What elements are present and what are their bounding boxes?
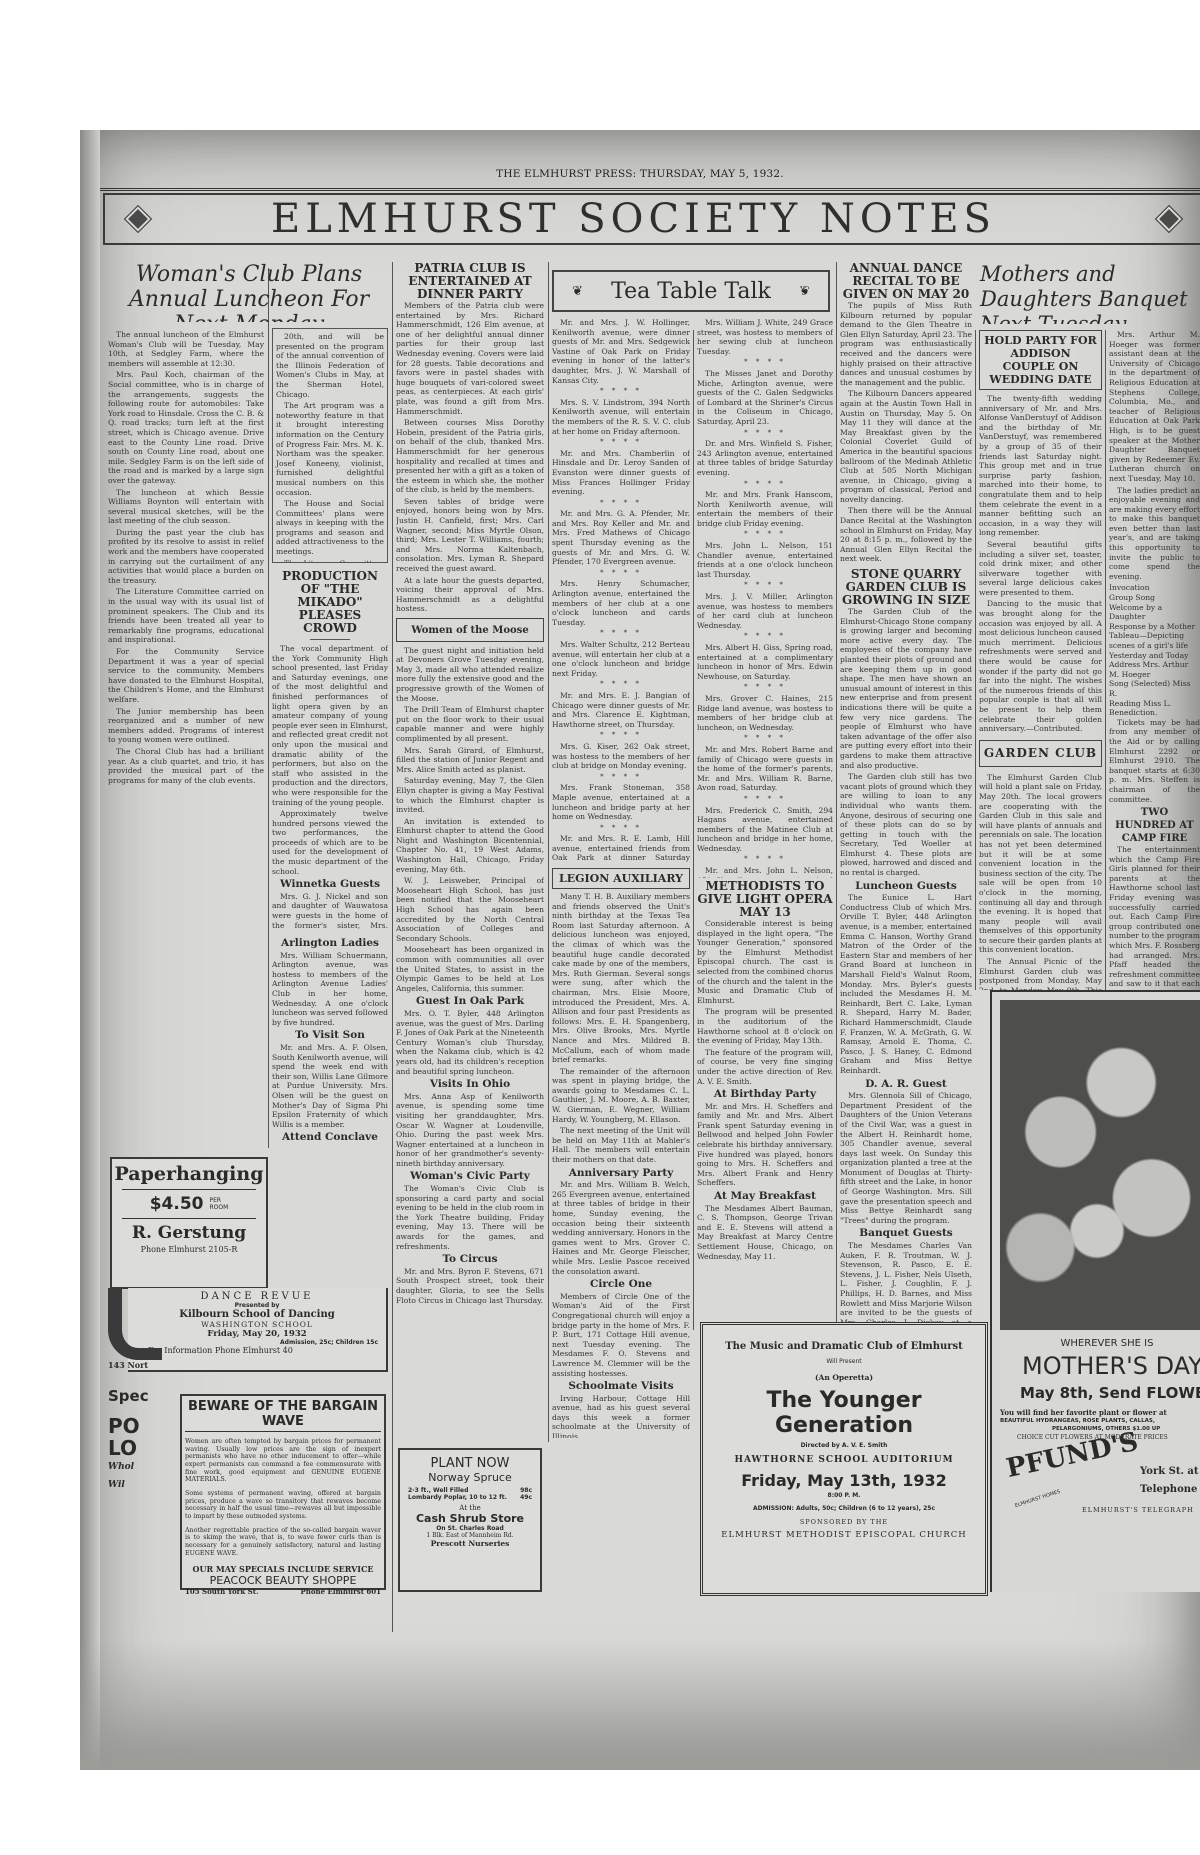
paragraph: Then there will be the Annual Dance Reci… <box>840 506 972 564</box>
dance-ornament-icon <box>108 1288 162 1360</box>
paragraph: Women are often tempted by bargain price… <box>185 1438 381 1484</box>
mikado-article: PRODUCTION OF "THE MIKADO" PLEASES CROWD… <box>272 570 388 930</box>
paragraph: The Annual Picnic of the Elmhurst Garden… <box>979 957 1102 990</box>
ad-text: At the <box>400 1504 540 1512</box>
ad-item-label: 2-3 ft., Well Filled <box>408 1487 468 1494</box>
tea-table-talk-title: Tea Table Talk <box>611 279 771 304</box>
section-title: Anniversary Party <box>552 1169 690 1179</box>
paragraph: The Junior membership has been reorganiz… <box>108 707 264 745</box>
separator-stars: * * * * <box>697 683 833 693</box>
paragraph: Members of the Patria club were entertai… <box>396 301 544 416</box>
program-item: Invocation <box>1109 583 1200 593</box>
paragraph: Mrs. Grover C. Haines, 215 Ridge land av… <box>697 694 833 732</box>
column-rule <box>392 262 393 1632</box>
section-title: Arlington Ladies <box>272 939 388 949</box>
masthead-title: ELMHURST SOCIETY NOTES <box>171 196 1136 242</box>
paragraph: Dr. and Mrs. Winfield S. Fisher, 243 Arl… <box>697 439 833 477</box>
ad-item-label: Lombardy Poplar, 10 to 12 ft. <box>408 1494 507 1501</box>
paragraph: Approximately twelve hundred persons vie… <box>272 809 388 876</box>
paragraph: Seven tables of bridge were enjoyed, hon… <box>396 497 544 574</box>
ad-item-price: 49c <box>520 1494 532 1501</box>
ad-date: Friday, May 13th, 1932 <box>703 1471 985 1490</box>
article-body: Many T. H. B. Auxiliary members and frie… <box>552 892 690 1165</box>
ad-fragment: POLO <box>108 1415 140 1459</box>
paragraph: At a late hour the guests departed, voic… <box>396 576 544 614</box>
paragraph: The Elmhurst Garden Club will hold a pla… <box>979 773 1102 955</box>
column-6a: HOLD PARTY FOR ADDISON COUPLE ON WEDDING… <box>979 330 1102 990</box>
tea-table-left: Mr. and Mrs. J. W. Hollinger, Kenilworth… <box>552 318 690 863</box>
ad-text: Will Present <box>703 1358 985 1365</box>
article-body: The twenty-fifth wedding anniversary of … <box>979 394 1102 734</box>
ad-shop-name: PEACOCK BEAUTY SHOPPE <box>185 1574 381 1587</box>
paragraph: The Literary Committee, which had its in… <box>276 559 384 563</box>
column-5: ANNUAL DANCE RECITAL TO BE GIVEN ON MAY … <box>840 262 972 1322</box>
paragraph: Mr. and Mrs. Frank Hanscom, North Kenilw… <box>697 490 833 528</box>
column-rule <box>693 330 694 1330</box>
article-body: The annual luncheon of the Elmhurst Woma… <box>108 330 264 785</box>
page-bottom-shadow <box>80 1640 1200 1770</box>
ad-brand-sub: ELMHURST HOMES <box>1014 1489 1061 1509</box>
article-body: The Mesdames Charles Van Auken, F. R. Tr… <box>840 1241 972 1322</box>
ad-date: Friday, May 20, 1932 <box>128 1329 386 1339</box>
article-body: The Woman's Civic Club is sponsoring a c… <box>396 1184 544 1251</box>
section-title: Guest In Oak Park <box>396 997 544 1007</box>
separator-stars: * * * * <box>697 795 833 805</box>
program-item: Reading Miss L. <box>1109 699 1200 709</box>
paragraph: The guest night and initiation held at D… <box>396 646 544 704</box>
article-body: Mrs. William Schuermann, Arlington avenu… <box>272 951 388 1028</box>
paragraph: The pupils of Miss Ruth Kilbourn returne… <box>840 301 972 387</box>
ad-date-line: May 8th, Send FLOWERS <box>1020 1384 1200 1402</box>
paragraph: The Drill Team of Elmhurst chapter put o… <box>396 705 544 743</box>
column-rule <box>836 262 837 1322</box>
ad-text: PELARGONIUMS, OTHERS $1.00 UP <box>1052 1426 1160 1432</box>
ad-title: BEWARE OF THE BARGAIN WAVE <box>185 1399 381 1432</box>
paragraph: 20th, and will be presented on the progr… <box>276 332 384 399</box>
section-title: At Birthday Party <box>697 1090 833 1100</box>
column-rule <box>1105 330 1106 990</box>
ad-price-list: 2-3 ft., Well Filled98c Lombardy Poplar,… <box>400 1484 540 1501</box>
paragraph: An invitation is extended to Elmhurst ch… <box>396 817 544 875</box>
separator-stars: * * * * <box>552 824 690 834</box>
ad-title: DANCE REVUE <box>128 1291 386 1302</box>
section-title: Circle One <box>552 1280 690 1290</box>
paragraph: The twenty-fifth wedding anniversary of … <box>979 394 1102 538</box>
womans-club-article: The annual luncheon of the Elmhurst Woma… <box>108 330 264 1140</box>
paragraph: W. J. Leisweber, Principal of Mooseheart… <box>396 876 544 943</box>
ad-title: The Younger Generation <box>703 1388 985 1438</box>
separator-stars: * * * * <box>697 530 833 540</box>
paragraph: Several beautiful gifts including a silv… <box>979 540 1102 598</box>
paragraph: The remainder of the afternoon was spent… <box>552 1067 690 1125</box>
separator-stars: * * * * <box>697 358 833 368</box>
dance-revue-ad: DANCE REVUE Presented by Kilbourn School… <box>128 1288 388 1372</box>
ad-phone: Phone Elmhurst 2105-R <box>112 1245 266 1254</box>
quarry-headline: STONE QUARRY GARDEN CLUB IS GROWING IN S… <box>840 568 972 607</box>
dateline: THE ELMHURST PRESS: THURSDAY, MAY 5, 193… <box>0 168 1200 180</box>
paragraph: Mrs. William J. White, 249 Grace street,… <box>697 318 833 356</box>
ad-school: Kilbourn School of Dancing <box>128 1309 386 1320</box>
article-body: Mr. and Mrs. Byron F. Stevens, 671 South… <box>396 1267 544 1305</box>
section-title: Winnetka Guests <box>272 880 388 890</box>
paragraph: The Choral Club has had a brilliant year… <box>108 747 264 785</box>
paragraph: Mrs. Henry Schumacher, Arlington avenue,… <box>552 579 690 627</box>
article-body: Mr. and Mrs. A. F. Olsen, South Kenilwor… <box>272 1043 388 1129</box>
paragraph: The next meeting of the Unit will be hel… <box>552 1126 690 1164</box>
masthead: ELMHURST SOCIETY NOTES <box>103 193 1200 245</box>
section-title: At May Breakfast <box>697 1192 833 1202</box>
paragraph: Dancing to the music that was brought al… <box>979 599 1102 733</box>
paragraph: Mr. and Mrs. J. W. Hollinger, Kenilworth… <box>552 318 690 385</box>
article-body: Members of Circle One of the Woman's Aid… <box>552 1292 690 1378</box>
article-body: The entertainment which the Camp Fire Gi… <box>1109 845 1200 990</box>
column-rule <box>975 330 976 990</box>
separator-stars: * * * * <box>697 734 833 744</box>
paragraph: Mrs. John L. Nelson, 151 Chandler avenue… <box>697 541 833 579</box>
ad-fragment: 143 Nort <box>108 1360 148 1370</box>
ad-unit: ROOM <box>209 1204 228 1211</box>
ad-wherever: WHEREVER SHE IS <box>992 1338 1200 1349</box>
ad-kind: (An Operetta) <box>703 1373 985 1382</box>
article-body: The Eunice L. Hart Conductress Club of w… <box>840 893 972 1075</box>
program-item: Tableau—Depicting scenes of a girl's lif… <box>1109 631 1200 650</box>
peacock-beauty-shoppe-ad: BEWARE OF THE BARGAIN WAVE Women are oft… <box>180 1394 386 1590</box>
paragraph: Mrs. Frank Stoneman, 358 Maple avenue, e… <box>552 783 690 821</box>
separator-stars: * * * * <box>552 680 690 690</box>
ad-fragment: Whol <box>108 1462 134 1472</box>
article-body: The Elmhurst Garden Club will hold a pla… <box>979 773 1102 990</box>
leaf-ornament-icon: ❦ <box>799 284 810 299</box>
separator-stars: * * * * <box>552 569 690 579</box>
article-body: Mrs. Glennola Sill of Chicago, Departmen… <box>840 1091 972 1225</box>
ad-item-price: 98c <box>520 1487 532 1494</box>
paragraph: Mrs. Paul Koch, chairman of the Social c… <box>108 370 264 485</box>
section-title: Schoolmate Visits <box>552 1382 690 1392</box>
paragraph: Mrs. S. V. Lindstrom, 394 North Kenilwor… <box>552 398 690 436</box>
column-rule <box>268 268 269 1148</box>
paragraph: Considerable interest is being displayed… <box>697 919 833 1005</box>
paragraph: Mr. and Mrs. Robert Barne and family of … <box>697 745 833 793</box>
leaf-ornament-icon: ❦ <box>572 284 583 299</box>
ad-club: The Music and Dramatic Club of Elmhurst <box>703 1341 985 1352</box>
paragraph: Some systems of permanent waving, offere… <box>185 1490 381 1520</box>
section-title: To Visit Son <box>272 1031 388 1041</box>
ad-location: 1 Blk. East of Mannheim Rd. <box>400 1532 540 1539</box>
mothers-headline: Mothers and Daughters Banquet Next Tuesd… <box>978 262 1200 324</box>
column-rule <box>548 262 549 1442</box>
dance-recital-headline: ANNUAL DANCE RECITAL TO BE GIVEN ON MAY … <box>840 262 972 301</box>
tea-table-right: Mrs. William J. White, 249 Grace street,… <box>697 318 833 878</box>
ad-director: Directed by A. V. E. Smith <box>703 1442 985 1449</box>
paragraph: Mrs. Walter Schultz, 212 Berteau avenue,… <box>552 640 690 678</box>
ad-advertiser: R. Gerstung <box>112 1223 266 1243</box>
article-body: The Mesdames Albert Bauman, C. S. Thomps… <box>697 1204 833 1262</box>
ad-specials: OUR MAY SPECIALS INCLUDE SERVICE <box>185 1564 381 1574</box>
tea-table-talk-banner: ❦ Tea Table Talk ❦ <box>552 270 830 312</box>
paragraph: Another regrettable practice of the so-c… <box>185 1527 381 1557</box>
ad-store: Cash Shrub Store <box>400 1512 540 1525</box>
separator-stars: * * * * <box>552 499 690 509</box>
section-title: Woman's Civic Party <box>396 1172 544 1182</box>
paragraph: Many T. H. B. Auxiliary members and frie… <box>552 892 690 1065</box>
ad-unit: PER <box>209 1197 221 1204</box>
ad-headline: MOTHER'S DAY <box>1022 1352 1200 1380</box>
pfunds-mothers-day-ad: WHEREVER SHE IS MOTHER'S DAY May 8th, Se… <box>990 990 1200 1592</box>
ad-footer: ELMHURST'S TELEGRAPH <box>1082 1506 1194 1514</box>
ad-telephone: Telephone <box>1140 1484 1197 1495</box>
ad-info: For Information Phone Elmhurst 40 <box>128 1346 386 1355</box>
legion-auxiliary-article: LEGION AUXILIARY Many T. H. B. Auxiliary… <box>552 868 690 1438</box>
diamond-ornament-icon <box>1156 206 1181 231</box>
article-body: The pupils of Miss Ruth Kilbourn returne… <box>840 301 972 564</box>
section-title: Luncheon Guests <box>840 882 972 892</box>
article-body: The vocal department of the York Communi… <box>272 644 388 876</box>
ad-address: 105 South York St. <box>185 1587 258 1596</box>
ad-sponsored: SPONSORED BY THE <box>703 1518 985 1526</box>
separator-stars: * * * * <box>552 629 690 639</box>
article-body: Irving Harbour, Cottage Hill avenue, had… <box>552 1394 690 1438</box>
paragraph: For the Community Service Department it … <box>108 647 264 705</box>
womans-club-headline-block: Woman's Club Plans Annual Luncheon For N… <box>108 262 390 322</box>
article-body: Mrs. O. T. Byler, 448 Arlington avenue, … <box>396 1009 544 1076</box>
paragraph: The Misses Janet and Dorothy Miche, Arli… <box>697 369 833 427</box>
program-item: Group Song <box>1109 593 1200 603</box>
paragraph: Mr. and Mrs. John L. Nelson, 151 Chandle… <box>697 866 833 878</box>
womans-club-continued: 20th, and will be presented on the progr… <box>272 328 388 563</box>
paragraph: The Garden Club of the Elmhurst-Chicago … <box>840 607 972 770</box>
paragraph: Mrs. Frederick C. Smith, 294 Hagans aven… <box>697 806 833 854</box>
methodists-headline: METHODISTS TO GIVE LIGHT OPERA MAY 13 <box>697 880 833 919</box>
flowers-illustration <box>1000 1000 1200 1330</box>
paragraph: Mr. and Mrs. Chamberlin of Hinsdale and … <box>552 449 690 497</box>
paragraph: Mooseheart has been organized in common … <box>396 945 544 993</box>
article-body: 20th, and will be presented on the progr… <box>276 332 384 563</box>
separator-stars: * * * * <box>697 581 833 591</box>
younger-generation-operetta-ad: The Music and Dramatic Club of Elmhurst … <box>700 1322 988 1596</box>
section-title: To Circus <box>396 1255 544 1265</box>
paragraph: The annual luncheon of the Elmhurst Woma… <box>108 330 264 368</box>
section-title: Visits In Ohio <box>396 1080 544 1090</box>
separator-stars: * * * * <box>552 438 690 448</box>
article-body: The guest night and initiation held at D… <box>396 646 544 994</box>
ad-sponsor: ELMHURST METHODIST EPISCOPAL CHURCH <box>703 1530 985 1540</box>
program-item: Address Mrs. Arthur M. Hoeger <box>1109 660 1200 679</box>
program-item: Benediction. <box>1109 708 1200 718</box>
article-body: Members of the Patria club were entertai… <box>396 301 544 614</box>
addison-headline: HOLD PARTY FOR ADDISON COUPLE ON WEDDING… <box>983 334 1098 386</box>
paragraph: During the past year the club has profit… <box>108 528 264 586</box>
separator-stars: * * * * <box>552 773 690 783</box>
article-body: Mrs. Anna Asp of Kenilworth avenue, is s… <box>396 1092 544 1169</box>
ad-text: BEAUTIFUL HYDRANGEAS, ROSE PLANTS, CALLA… <box>1000 1418 1155 1424</box>
paragraph: Mrs. J. V. Miller, Arlington avenue, was… <box>697 592 833 630</box>
article-body: Mr. and Mrs. H. Scheffers and family and… <box>697 1102 833 1188</box>
diamond-ornament-icon <box>125 206 150 231</box>
col2-briefs: Arlington Ladies Mrs. William Schuermann… <box>272 935 388 1145</box>
ad-venue: HAWTHORNE SCHOOL AUDITORIUM <box>703 1455 985 1465</box>
ad-admission: Admission, 25c; Children 15c <box>128 1339 386 1346</box>
ad-title: Paperhanging <box>112 1163 266 1185</box>
paragraph: Mr. and Mrs. E. J. Bangian of Chicago we… <box>552 691 690 729</box>
paragraph: The vocal department of the York Communi… <box>272 644 388 807</box>
article-body: Mrs. G. J. Nickel and son and daughter o… <box>272 892 388 930</box>
program-list: InvocationGroup SongWelcome by a Daughte… <box>1109 583 1200 717</box>
paragraph: Mr. and Mrs. G. A. Pfender, Mr. and Mrs.… <box>552 509 690 567</box>
ad-subtitle: Norway Spruce <box>400 1471 540 1484</box>
mikado-headline: PRODUCTION OF "THE MIKADO" PLEASES CROWD <box>272 570 388 635</box>
campfire-headline: TWO HUNDRED AT CAMP FIRE <box>1109 806 1200 845</box>
column-3: PATRIA CLUB IS ENTERTAINED AT DINNER PAR… <box>396 262 544 1437</box>
paragraph: The luncheon at which Bessie Williams Bo… <box>108 488 264 526</box>
mothers-headline-block: Mothers and Daughters Banquet Next Tuesd… <box>978 262 1200 324</box>
article-body: Mr. and Mrs. J. W. Hollinger, Kenilworth… <box>552 318 690 863</box>
moose-headline: Women of the Moose <box>400 626 540 636</box>
separator-stars: * * * * <box>697 480 833 490</box>
paperhanging-ad: Paperhanging $4.50 PERROOM R. Gerstung P… <box>110 1157 268 1289</box>
article-body: Tickets may be had from any member of th… <box>1109 718 1200 804</box>
paragraph: Mrs. Albert H. Giss, Spring road, entert… <box>697 643 833 681</box>
paragraph: The Garden club still has two vacant plo… <box>840 772 972 878</box>
garden-club-headline: GARDEN CLUB <box>982 747 1099 760</box>
ad-road: On St. Charles Road <box>400 1525 540 1532</box>
paragraph: Mr. and Mrs. R. E. Lamb, Hill avenue, en… <box>552 834 690 863</box>
methodists-article: METHODISTS TO GIVE LIGHT OPERA MAY 13 Co… <box>697 880 833 1330</box>
paragraph: Saturday evening, May 7, the Glen Ellyn … <box>396 776 544 814</box>
paragraph: The Kilbourn Dancers appeared again at t… <box>840 389 972 504</box>
ad-title: PLANT NOW <box>400 1456 540 1471</box>
article-body: The Garden Club of the Elmhurst-Chicago … <box>840 607 972 878</box>
cash-shrub-store-ad: PLANT NOW Norway Spruce 2-3 ft., Well Fi… <box>398 1448 542 1592</box>
womans-club-headline: Woman's Club Plans Annual Luncheon For N… <box>108 262 390 322</box>
paragraph: Mrs. Arthur M. Hoeger was former assista… <box>1109 330 1200 484</box>
page-edge-shadow <box>80 130 100 1770</box>
patria-headline: PATRIA CLUB IS ENTERTAINED AT DINNER PAR… <box>396 262 544 301</box>
ad-time: 8:00 P. M. <box>703 1492 985 1499</box>
ad-address: York St. at <box>1140 1466 1199 1477</box>
column-6b: Mrs. Arthur M. Hoeger was former assista… <box>1109 330 1200 990</box>
ad-nursery: Prescott Nurseries <box>400 1539 540 1548</box>
section-title: D. A. R. Guest <box>840 1080 972 1090</box>
ad-body: Women are often tempted by bargain price… <box>185 1438 381 1557</box>
separator-stars: * * * * <box>697 429 833 439</box>
paragraph: The House and Social Committees' plans w… <box>276 499 384 557</box>
separator-stars: * * * * <box>552 731 690 741</box>
article-body: Mrs. William J. White, 249 Grace street,… <box>697 318 833 878</box>
program-item: Response by a Mother <box>1109 622 1200 632</box>
ad-text: Presented by <box>128 1302 386 1309</box>
ad-fragment: Wil <box>108 1480 125 1490</box>
article-body: Considerable interest is being displayed… <box>697 919 833 1086</box>
paragraph: Mrs. G. Kiser, 262 Oak street, was hoste… <box>552 742 690 771</box>
separator-stars: * * * * <box>552 387 690 397</box>
section-title: Banquet Guests <box>840 1229 972 1239</box>
ad-phone: Phone Elmhurst 601 <box>301 1587 382 1596</box>
paragraph: The ladies predict an enjoyable evening … <box>1109 486 1200 582</box>
paragraph: Mrs. Sarah Girard, of Elmhurst, filled t… <box>396 746 544 775</box>
ad-price: $4.50 <box>150 1194 204 1214</box>
article-body: Mr. and Mrs. William B. Welch, 265 Everg… <box>552 1180 690 1276</box>
paragraph: The feature of the program will, of cour… <box>697 1048 833 1086</box>
separator-stars: * * * * <box>697 855 833 865</box>
paragraph: The program will be presented in the aud… <box>697 1007 833 1045</box>
ad-venue: WASHINGTON SCHOOL <box>128 1320 386 1329</box>
ad-text: You will find her favorite plant or flow… <box>1000 1408 1167 1417</box>
ad-admission: ADMISSION: Adults, 50c; Children (6 to 1… <box>703 1505 985 1512</box>
article-body: Mrs. Arthur M. Hoeger was former assista… <box>1109 330 1200 581</box>
paragraph: The Literature Committee carried on in t… <box>108 587 264 645</box>
legion-headline: LEGION AUXILIARY <box>556 872 686 885</box>
program-item: Song (Selected) Miss R. <box>1109 679 1200 698</box>
top-rule <box>100 188 1200 191</box>
paragraph: The Art program was a noteworthy feature… <box>276 401 384 497</box>
separator-stars: * * * * <box>697 632 833 642</box>
paragraph: Between courses Miss Dorothy Hobein, pre… <box>396 418 544 495</box>
program-item: Welcome by a Daughter <box>1109 603 1200 622</box>
section-title: Attend Conclave <box>272 1133 388 1143</box>
program-item: Yesterday and Today <box>1109 651 1200 661</box>
ad-fragment: Spec <box>108 1387 149 1405</box>
